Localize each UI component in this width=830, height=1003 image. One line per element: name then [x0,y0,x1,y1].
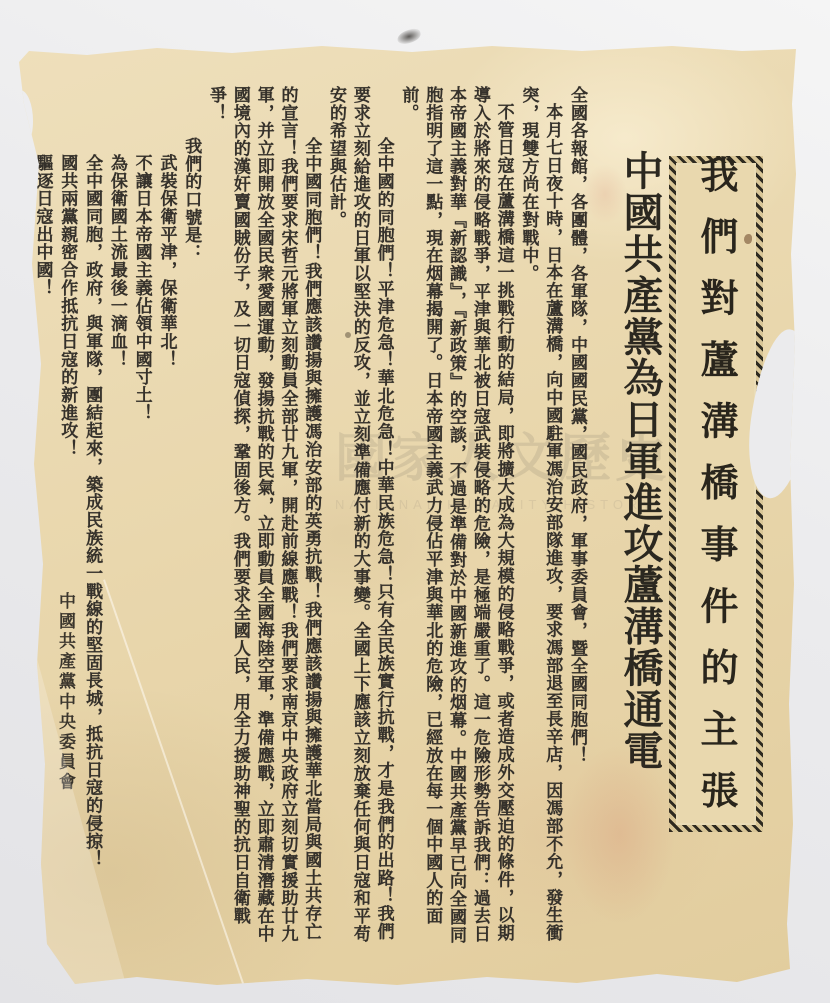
torn-edge-notch-left [7,90,33,152]
ink-speckle [396,27,423,46]
body-paragraph: 為保衛國土流最後一滴血！ [104,86,128,948]
body-paragraph: 全中國同胞們！我們應該讚揚與擁護馮治安部的英勇抗戰！我們應該讚揚與擁護華北當局與… [203,86,322,948]
signature: 中國共產黨中央委員會 [53,592,78,852]
masthead-box-inner: 我們對蘆溝橋事件的主張 [676,163,756,825]
flyer-paper: 國家人文歷史 NATIONAL HUMANITY HISTORY 全國各報館，各… [17,44,796,985]
body-paragraph: 全中國的同胞們！平津危急！華北危急！中華民族危急！只有全民族實行抗戰，才是我們的… [323,86,394,948]
paper-speckle [744,234,752,244]
body-paragraph: 不管日寇在蘆溝橋這一挑戰行動的結局，即將擴大成為大規模的侵略戰爭，或者造成外交壓… [396,86,515,948]
headline: 中國共產黨為日軍進攻蘆溝橋通電 [595,140,661,780]
body-paragraph: 我們的口號是： [178,86,202,948]
masthead-box: 我們對蘆溝橋事件的主張 [669,156,763,832]
body-paragraph: 全國各報館，各團體，各軍隊，中國國民黨，國民政府，軍事委員會，暨全國同胞們！ [564,86,588,948]
body-paragraph: 本月七日夜十時，日本在蘆溝橋，向中國駐軍馮治安部隊進攻，要求馮部退至長辛店，因馮… [516,86,564,948]
body-paragraph: 全中國同胞，政府，與軍隊，團結起來，築成民族統一戰線的堅固長城，抵抗日寇的侵掠！ [79,86,103,948]
page-background: 國家人文歷史 NATIONAL HUMANITY HISTORY 全國各報館，各… [0,0,830,1003]
body-paragraph: 武裝保衛平津，保衛華北！ [154,86,178,948]
paper-speckle [345,332,351,338]
body-paragraph: 不讓日本帝國主義佔領中國寸土！ [129,86,153,948]
body-paragraph: 驅逐日寇出中國！ [30,86,54,948]
masthead-title: 我們對蘆溝橋事件的主張 [697,155,735,832]
body-text: 全國各報館，各團體，各軍隊，中國國民黨，國民政府，軍事委員會，暨全國同胞們！本月… [77,86,589,948]
